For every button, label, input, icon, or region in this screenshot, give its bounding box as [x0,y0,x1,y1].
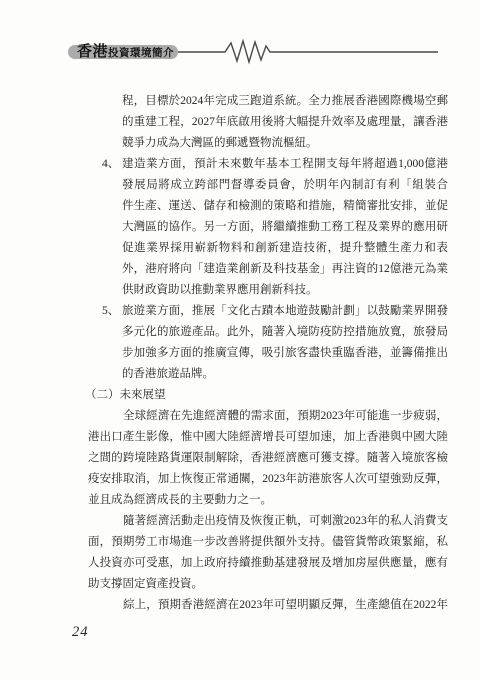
text-line: 隨著經濟活動走出疫情及恢復正軌，可刺激2023年的私人消費支出 [88,511,448,532]
text-line: 建造業方面，預計未來數年基本工程開支每年將超過1,000億港元。 [122,154,448,175]
text-line: 外，港府將向「建造業創新及科技基金」再注資的12億港元為業界提 [122,259,448,280]
text-line: 疫安排取消，加上恢復正常通關，2023年訪港旅客人次可望強勁反彈， [88,469,448,490]
text-line: 之間的跨境陸路貨運限制解除，香港經濟應可獲支撐。隨著入境旅客檢 [88,448,448,469]
header-title-sub: 投資環境簡介 [108,47,174,59]
text-line: 全球經濟在先進經濟體的需求面，預期2023年可能進一步疲弱，對香 [88,406,448,427]
header-title-main: 香港 [77,43,108,60]
text-line: 供財政資助以推動業界應用創新科技。 [122,280,448,301]
text-line: 面，預期勞工市場進一步改善將提供額外支持。儘管貨幣政策緊縮，私 [88,532,448,553]
text-line: 競爭力成為大灣區的郵遞暨物流樞紐。 [122,133,448,154]
text-line: 多元化的旅遊產品。此外，隨著入境防疫防控措施放寬，旅發局會逐 [122,322,448,343]
body-text-column: 程，目標於2024年完成三跑道系統。全力推展香港國際機場空郵中心 的重建工程，2… [85,91,448,616]
scanned-document-page: 香港投資環境簡介 程，目標於2024年完成三跑道系統。全力推展香港國際機場空郵中… [0,0,480,679]
text-line: 的香港旅遊品牌。 [122,364,448,385]
section-heading: （二）未來展望 [85,385,448,406]
text-line: 5、 旅遊業方面，推展「文化古蹟本地遊鼓勵計劃」以鼓勵業界開發更 [102,301,448,322]
paragraph-item5: 5、 旅遊業方面，推展「文化古蹟本地遊鼓勵計劃」以鼓勵業界開發更 多元化的旅遊產… [102,301,448,385]
text-line: 程，目標於2024年完成三跑道系統。全力推展香港國際機場空郵中心 [122,91,448,112]
text-line: 的重建工程，2027年底啟用後將大幅提升效率及處理量，讓香港更具 [122,112,448,133]
page-number: 24 [72,624,89,641]
text-line: 港出口產生影像，惟中國大陸經濟增長可望加速，加上香港與中國大陸 [88,427,448,448]
text-line: 人投資亦可受惠，加上政府持續推動基建發展及增加房屋供應量，應有 [88,553,448,574]
text-line: 綜上，預期香港經濟在2023年可望明顯反彈，生產總值在2022年萎縮 [88,595,448,616]
paragraph-item4: 4、 建造業方面，預計未來數年基本工程開支每年將超過1,000億港元。 發展局將… [102,154,448,301]
paragraph-outlook-1: 全球經濟在先進經濟體的需求面，預期2023年可能進一步疲弱，對香 港出口產生影像… [85,406,448,511]
text-line: 步加強多方面的推廣宣傳，吸引旅客盡快重臨香港，並籌備推出嶄新 [122,343,448,364]
paragraph-outlook-2: 隨著經濟活動走出疫情及恢復正軌，可刺激2023年的私人消費支出 面，預期勞工市場… [85,511,448,595]
text-line: 4、 建造業方面，預計未來數年基本工程開支每年將超過1,000億港元。 [102,154,448,175]
list-number: 5、 [102,301,122,322]
text-line: 旅遊業方面，推展「文化古蹟本地遊鼓勵計劃」以鼓勵業界開發更 [122,301,448,322]
list-number: 4、 [102,154,122,175]
paragraph-item3-continuation: 程，目標於2024年完成三跑道系統。全力推展香港國際機場空郵中心 的重建工程，2… [85,91,448,154]
page-header-title: 香港投資環境簡介 [77,40,174,61]
text-line: 件生產、運送、儲存和檢測的策略和措施，精簡審批安排，並促進與 [122,196,448,217]
paragraph-outlook-3: 綜上，預期香港經濟在2023年可望明顯反彈，生產總值在2022年萎縮 [85,595,448,616]
text-line: 促進業界採用嶄新物料和創新建造技術，提升整體生產力和表現。此 [122,238,448,259]
text-line: 大灣區的協作。另一方面，將繼續推動工務工程及業界的應用研發， [122,217,448,238]
text-line: 並且成為經濟成長的主要動力之一。 [88,490,448,511]
text-line: 助支撐固定資產投資。 [88,574,448,595]
text-line: 發展局將成立跨部門督導委員會，於明年內制訂有利「組裝合成」配 [122,175,448,196]
header-rule [0,34,480,70]
